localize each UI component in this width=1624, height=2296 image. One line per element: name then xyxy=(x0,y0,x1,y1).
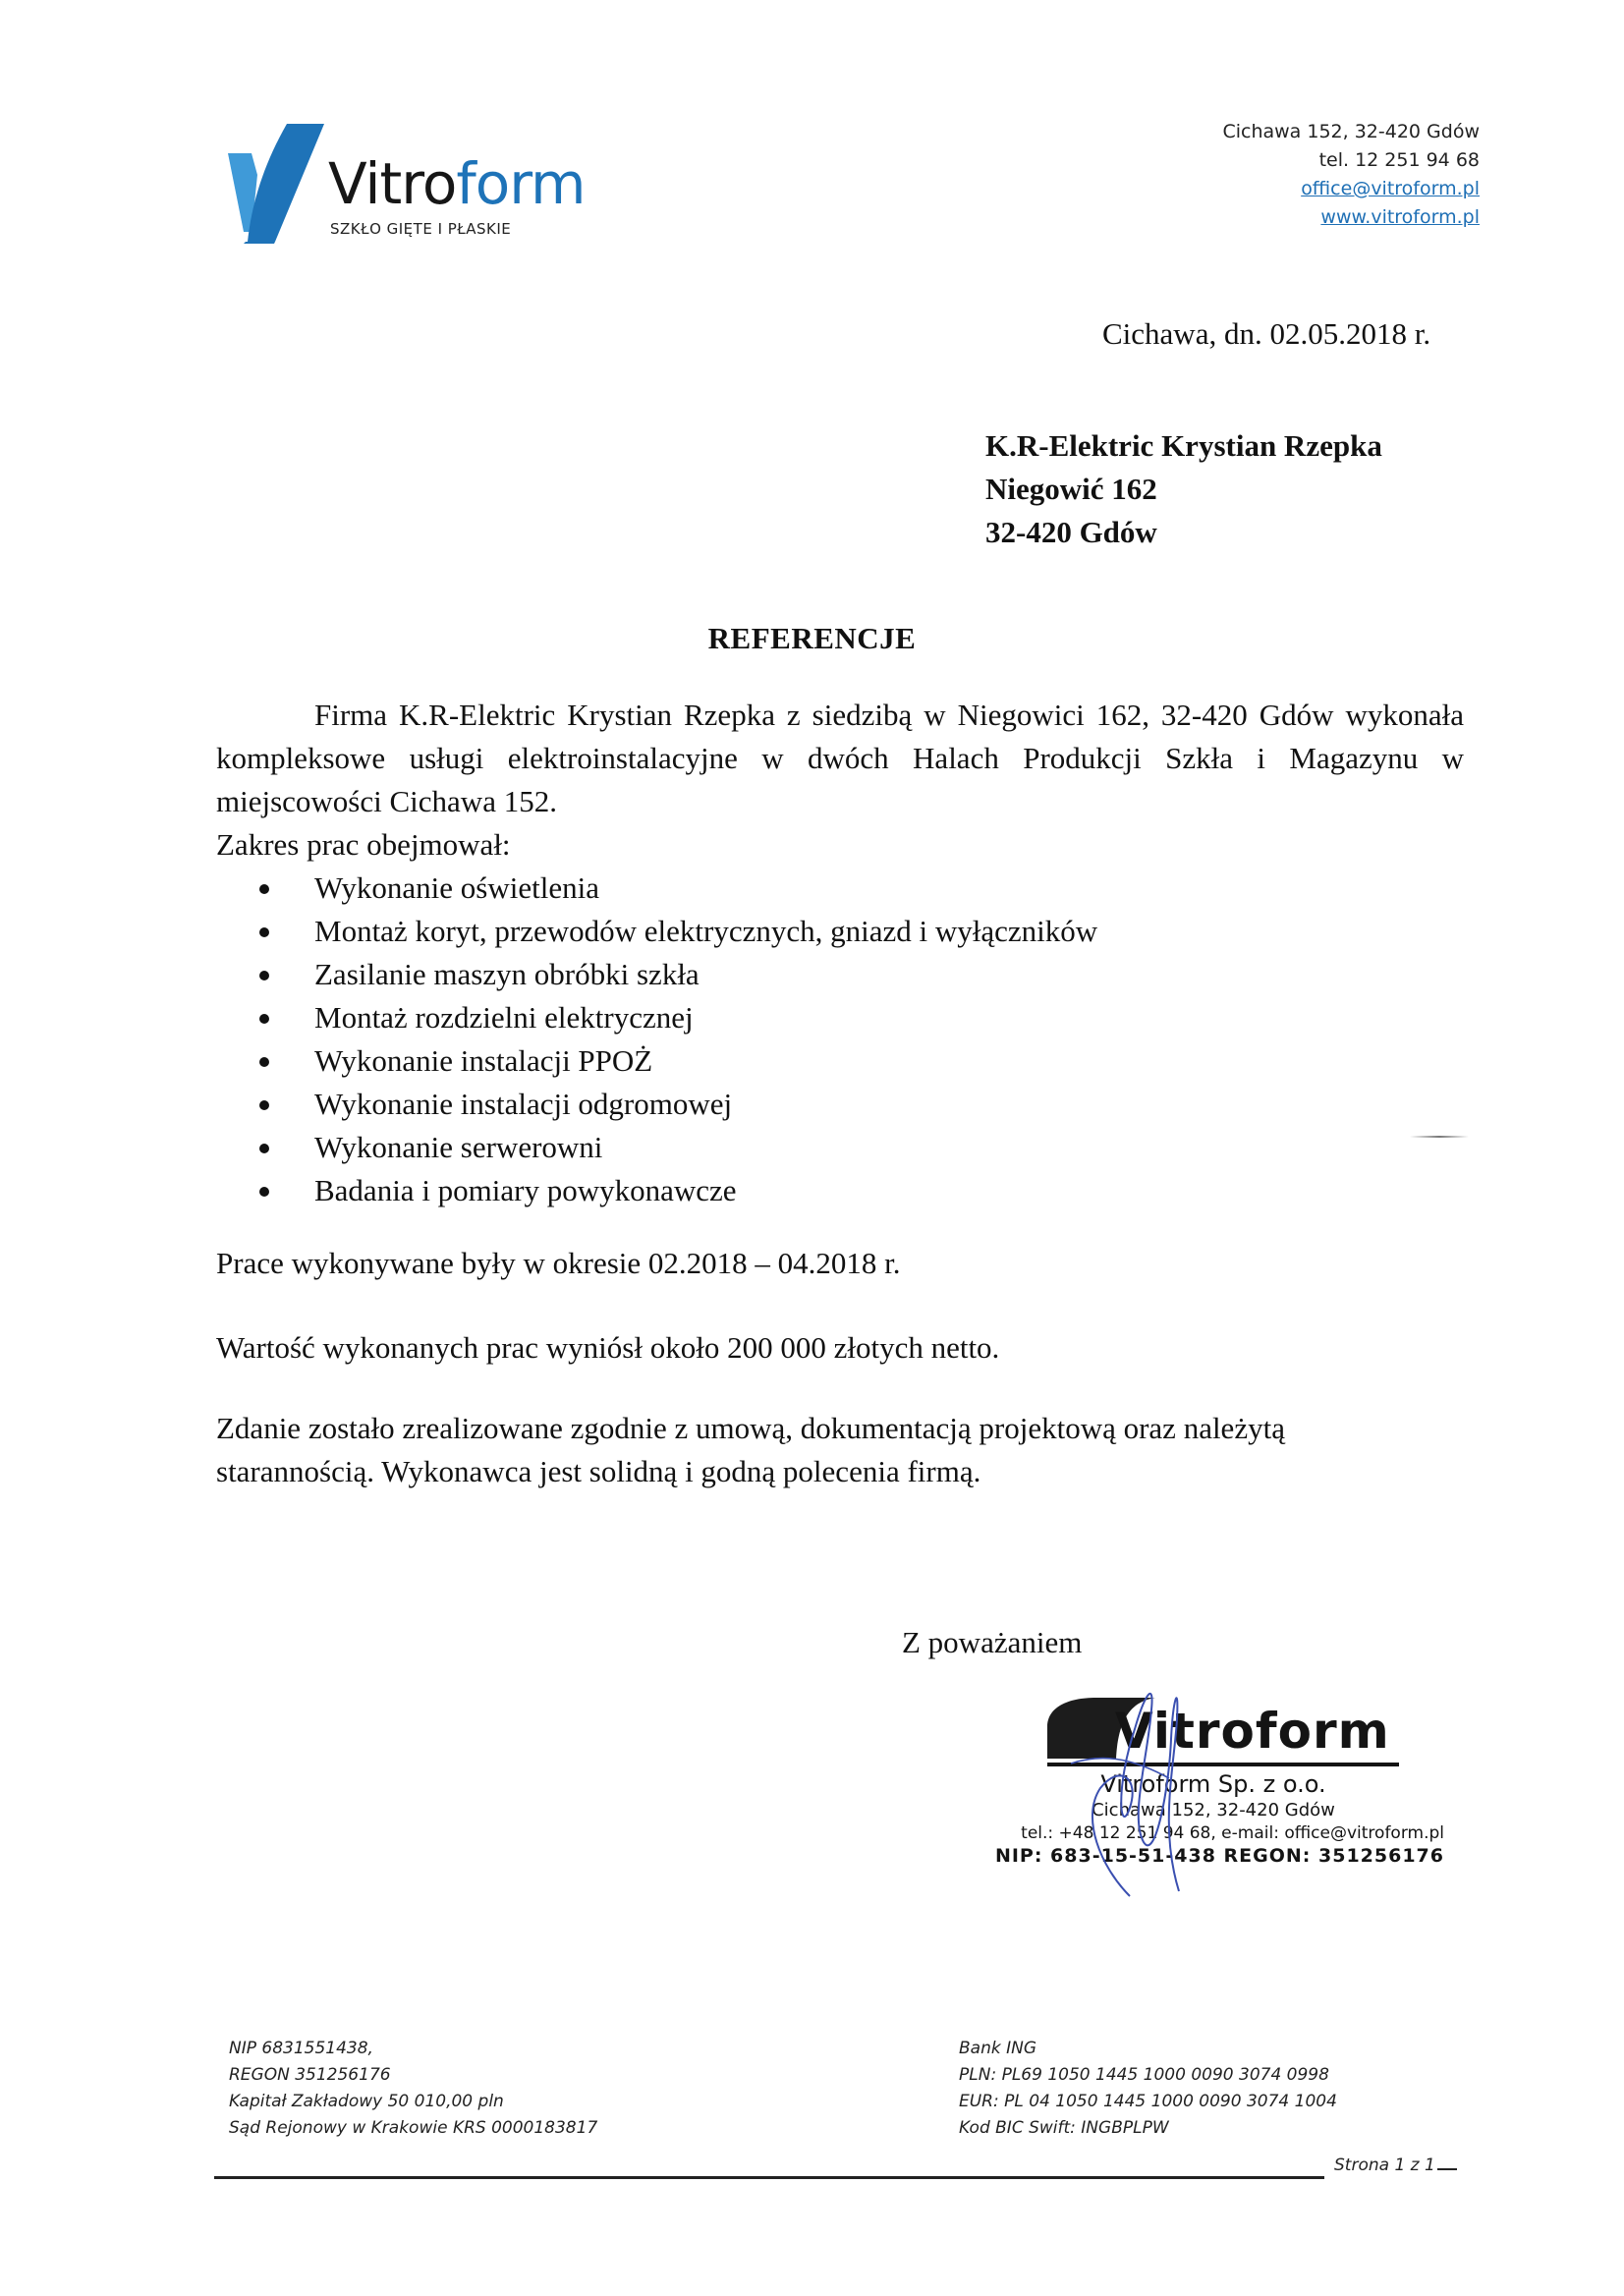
list-item: Wykonanie instalacji odgromowej xyxy=(314,1083,1464,1126)
signature-icon xyxy=(1061,1670,1218,1906)
scan-artifact xyxy=(1410,1136,1469,1138)
bullet-icon xyxy=(259,1144,269,1153)
contact-website-link[interactable]: www.vitroform.pl xyxy=(1222,203,1480,232)
bullet-icon xyxy=(259,1100,269,1110)
recipient-city: 32-420 Gdów xyxy=(985,511,1382,554)
closing-salutation: Z poważaniem xyxy=(902,1625,1082,1660)
list-item: Montaż koryt, przewodów elektrycznych, g… xyxy=(314,910,1464,953)
final-statement: Zdanie zostało zrealizowane zgodnie z um… xyxy=(216,1407,1444,1493)
list-item: Wykonanie instalacji PPOŻ xyxy=(314,1039,1464,1083)
scope-intro: Zakres prac obejmował: xyxy=(216,823,1464,867)
logo-mark-icon xyxy=(218,116,326,244)
bullet-icon xyxy=(259,1187,269,1197)
contact-email-link[interactable]: office@vitroform.pl xyxy=(1222,175,1480,203)
logo-wordmark: Vitroform xyxy=(328,155,586,212)
company-logo: Vitroform SZKŁO GIĘTE I PŁASKIE xyxy=(218,116,631,244)
footer-company-info: NIP 6831551438, REGON 351256176 Kapitał … xyxy=(229,2036,597,2142)
document-title: REFERENCJE xyxy=(0,621,1624,656)
logo-word-part2: form xyxy=(456,150,585,217)
contact-phone: tel. 12 251 94 68 xyxy=(1222,146,1480,175)
recipient-street: Niegowić 162 xyxy=(985,468,1382,511)
footer-bank-info: Bank ING PLN: PL69 1050 1445 1000 0090 3… xyxy=(959,2036,1337,2142)
bullet-icon xyxy=(259,971,269,980)
letterhead-contact: Cichawa 152, 32-420 Gdów tel. 12 251 94 … xyxy=(1222,118,1480,232)
logo-tagline: SZKŁO GIĘTE I PŁASKIE xyxy=(330,220,511,238)
logo-word-part1: Vitro xyxy=(328,150,456,217)
work-period: Prace wykonywane były w okresie 02.2018 … xyxy=(216,1246,901,1281)
footer-divider xyxy=(214,2176,1324,2179)
bullet-icon xyxy=(259,884,269,894)
recipient-address: K.R-Elektric Krystian Rzepka Niegowić 16… xyxy=(985,424,1382,554)
contact-address: Cichawa 152, 32-420 Gdów xyxy=(1222,118,1480,146)
intro-paragraph: Firma K.R-Elektric Krystian Rzepka z sie… xyxy=(216,694,1464,823)
work-value: Wartość wykonanych prac wyniósł około 20… xyxy=(216,1330,999,1366)
recipient-name: K.R-Elektric Krystian Rzepka xyxy=(985,424,1382,468)
bullet-icon xyxy=(259,927,269,937)
list-item: Wykonanie oświetlenia xyxy=(314,867,1464,910)
bullet-icon xyxy=(259,1057,269,1067)
list-item: Badania i pomiary powykonawcze xyxy=(314,1169,1464,1212)
letter-date: Cichawa, dn. 02.05.2018 r. xyxy=(1102,316,1430,352)
bullet-icon xyxy=(259,1014,269,1024)
list-item: Wykonanie serwerowni xyxy=(314,1126,1464,1169)
list-item: Montaż rozdzielni elektrycznej xyxy=(314,996,1464,1039)
list-item: Zasilanie maszyn obróbki szkła xyxy=(314,953,1464,996)
page-number: Strona 1 z 1 xyxy=(1334,2156,1457,2175)
letter-body: Firma K.R-Elektric Krystian Rzepka z sie… xyxy=(216,694,1464,1212)
scope-list: Wykonanie oświetlenia Montaż koryt, prze… xyxy=(216,867,1464,1212)
